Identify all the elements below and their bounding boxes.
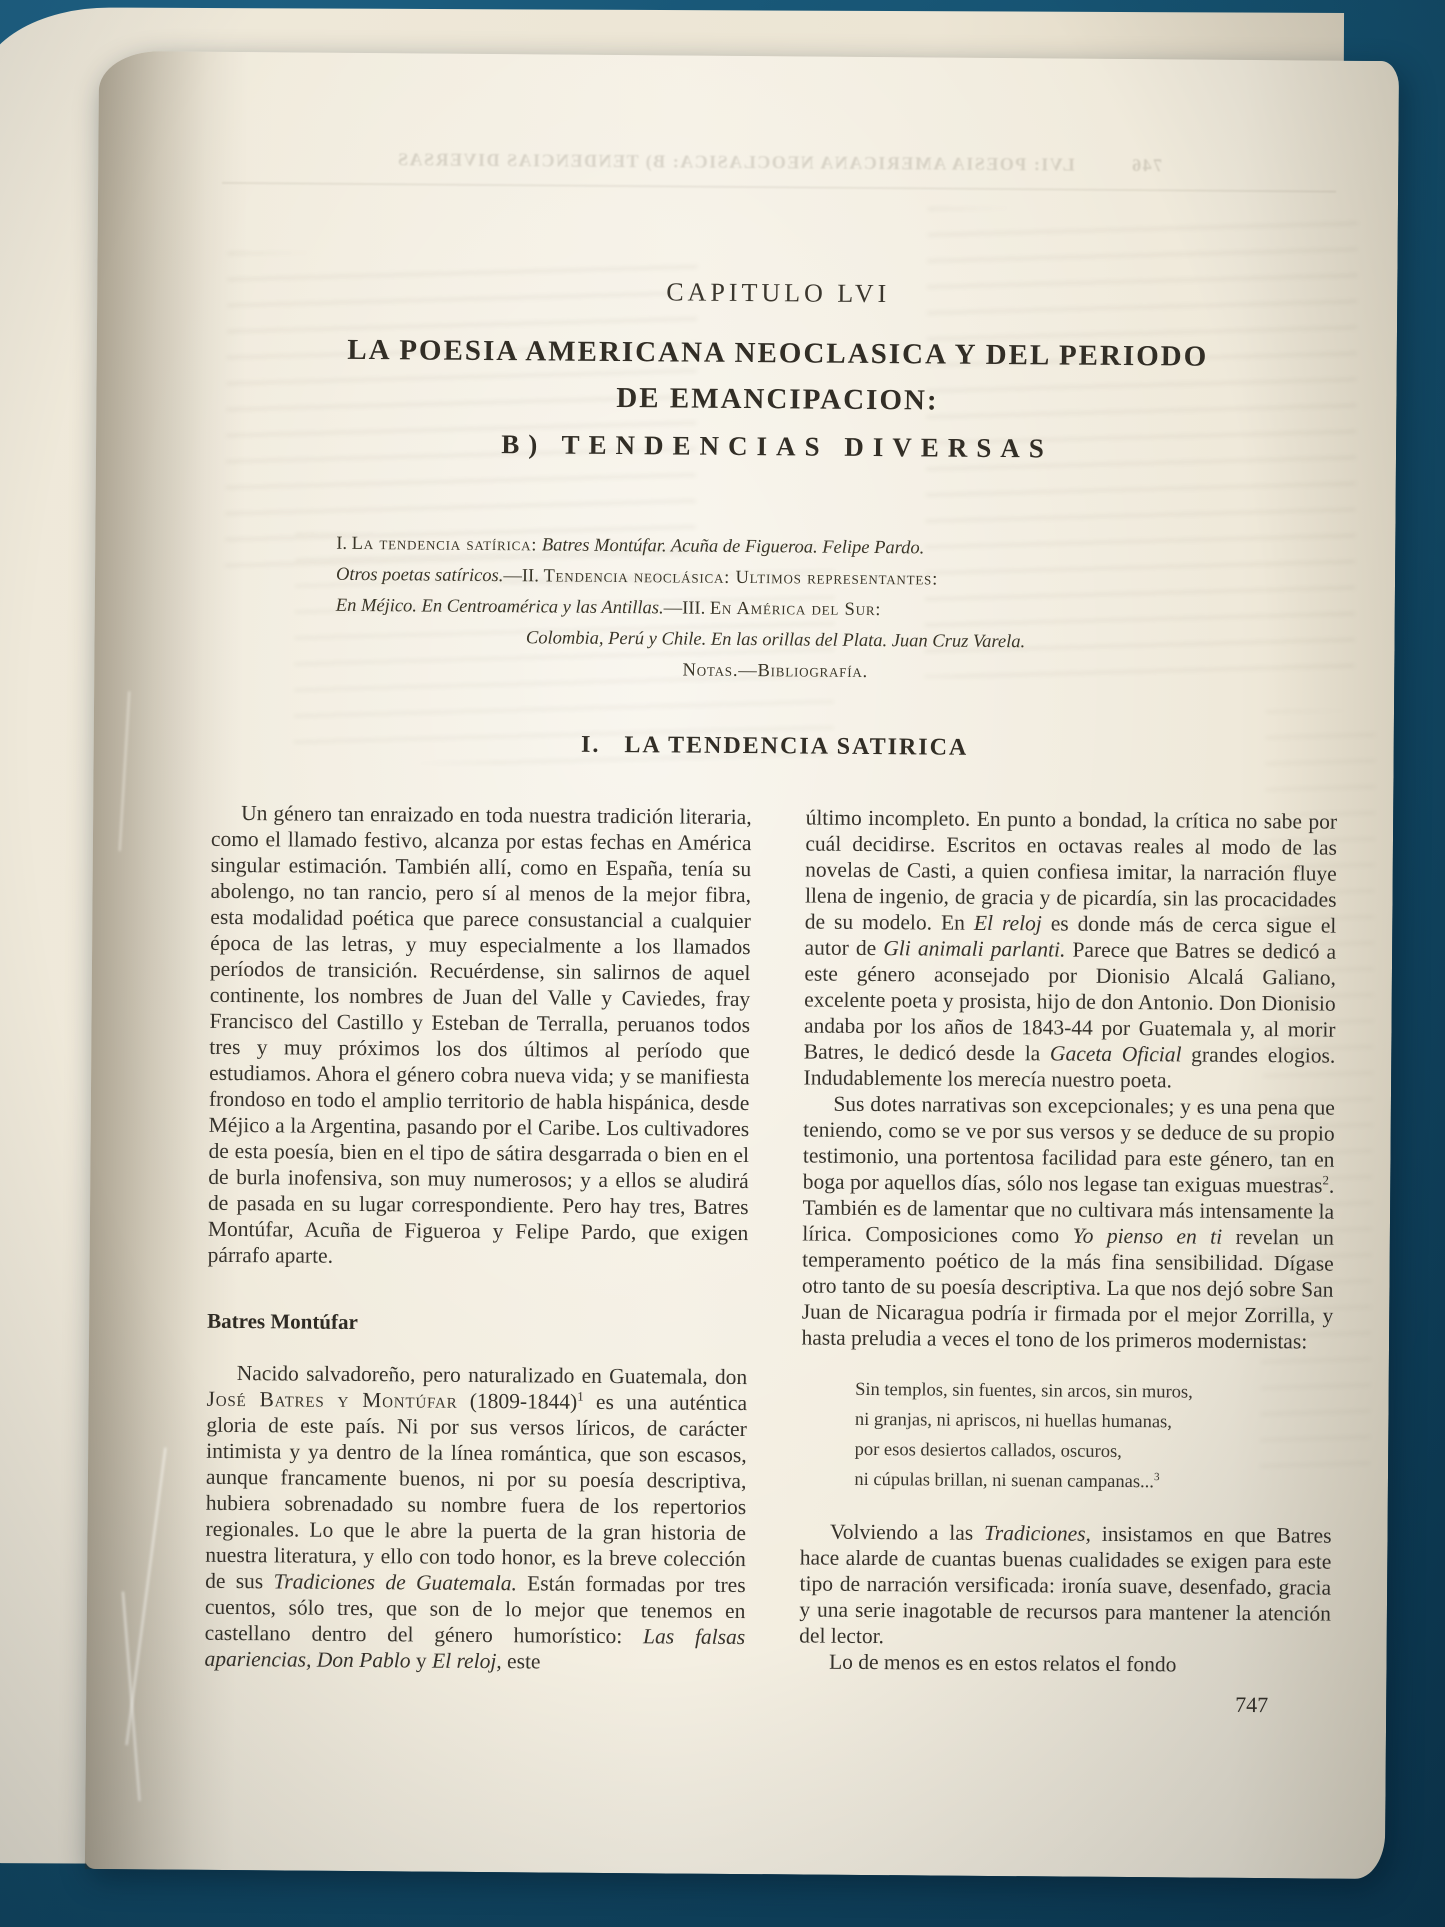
paragraph: Lo de menos es en estos relatos el fondo bbox=[799, 1648, 1331, 1678]
chapter-index-summary: I. La tendencia satírica: Batres Montúfa… bbox=[335, 529, 1216, 691]
page-number: 747 bbox=[204, 1684, 1330, 1719]
section-heading: I.LA TENDENCIA SATIRICA bbox=[212, 729, 1338, 765]
show-through-running-head: 746 LVI: POESIA AMERICANA NEOCLASICA: B)… bbox=[222, 148, 1336, 193]
section-title: LA TENDENCIA SATIRICA bbox=[624, 732, 968, 761]
paragraph: Sus dotes narrativas son excepcionales; … bbox=[801, 1090, 1335, 1354]
paper-crease bbox=[122, 1591, 141, 1800]
text-columns: Un género tan enraizado en toda nuestra … bbox=[204, 800, 1337, 1681]
paragraph: Un género tan enraizado en toda nuestra … bbox=[208, 800, 752, 1272]
poem-line: por esos desiertos callados, oscuros, bbox=[855, 1435, 1333, 1469]
book-page: 746 LVI: POESIA AMERICANA NEOCLASICA: B)… bbox=[85, 51, 1399, 1879]
chapter-title: LA POESIA AMERICANA NEOCLASICA Y DEL PER… bbox=[214, 326, 1341, 475]
poem-line: Sin templos, sin fuentes, sin arcos, sin… bbox=[855, 1375, 1333, 1409]
chapter-title-line-3: B) TENDENCIAS DIVERSAS bbox=[214, 418, 1340, 475]
show-through-head-text: LVI: POESIA AMERICANA NEOCLASICA: B) TEN… bbox=[396, 149, 1074, 175]
section-number: I. bbox=[581, 732, 601, 758]
left-column: Un género tan enraizado en toda nuestra … bbox=[204, 800, 751, 1676]
show-through-page-number: 746 bbox=[1131, 155, 1163, 176]
chapter-title-line-1: LA POESIA AMERICANA NEOCLASICA Y DEL PER… bbox=[215, 326, 1341, 381]
poem-line: ni cúpulas brillan, ni suenan campanas..… bbox=[854, 1465, 1332, 1499]
poem-quote: Sin templos, sin fuentes, sin arcos, sin… bbox=[854, 1375, 1332, 1499]
page-content: 746 LVI: POESIA AMERICANA NEOCLASICA: B)… bbox=[203, 52, 1343, 1879]
paper-crease bbox=[126, 1447, 167, 1745]
chapter-heading: CAPITULO LVI bbox=[215, 274, 1341, 313]
paper-crease bbox=[119, 691, 131, 851]
photo-background: 746 LVI: POESIA AMERICANA NEOCLASICA: B)… bbox=[0, 0, 1445, 1927]
paragraph: Volviendo a las Tradiciones, insistamos … bbox=[799, 1518, 1332, 1652]
subheading-batres-montufar: Batres Montúfar bbox=[207, 1308, 748, 1338]
paragraph: último incompleto. En punto a bondad, la… bbox=[803, 804, 1337, 1094]
index-line: Notas.—Bibliografía. bbox=[335, 653, 1215, 691]
right-column: último incompleto. En punto a bondad, la… bbox=[799, 804, 1337, 1680]
paragraph: Nacido salvadoreño, pero naturalizado en… bbox=[204, 1360, 747, 1676]
poem-line: ni granjas, ni apriscos, ni huellas huma… bbox=[855, 1405, 1333, 1439]
